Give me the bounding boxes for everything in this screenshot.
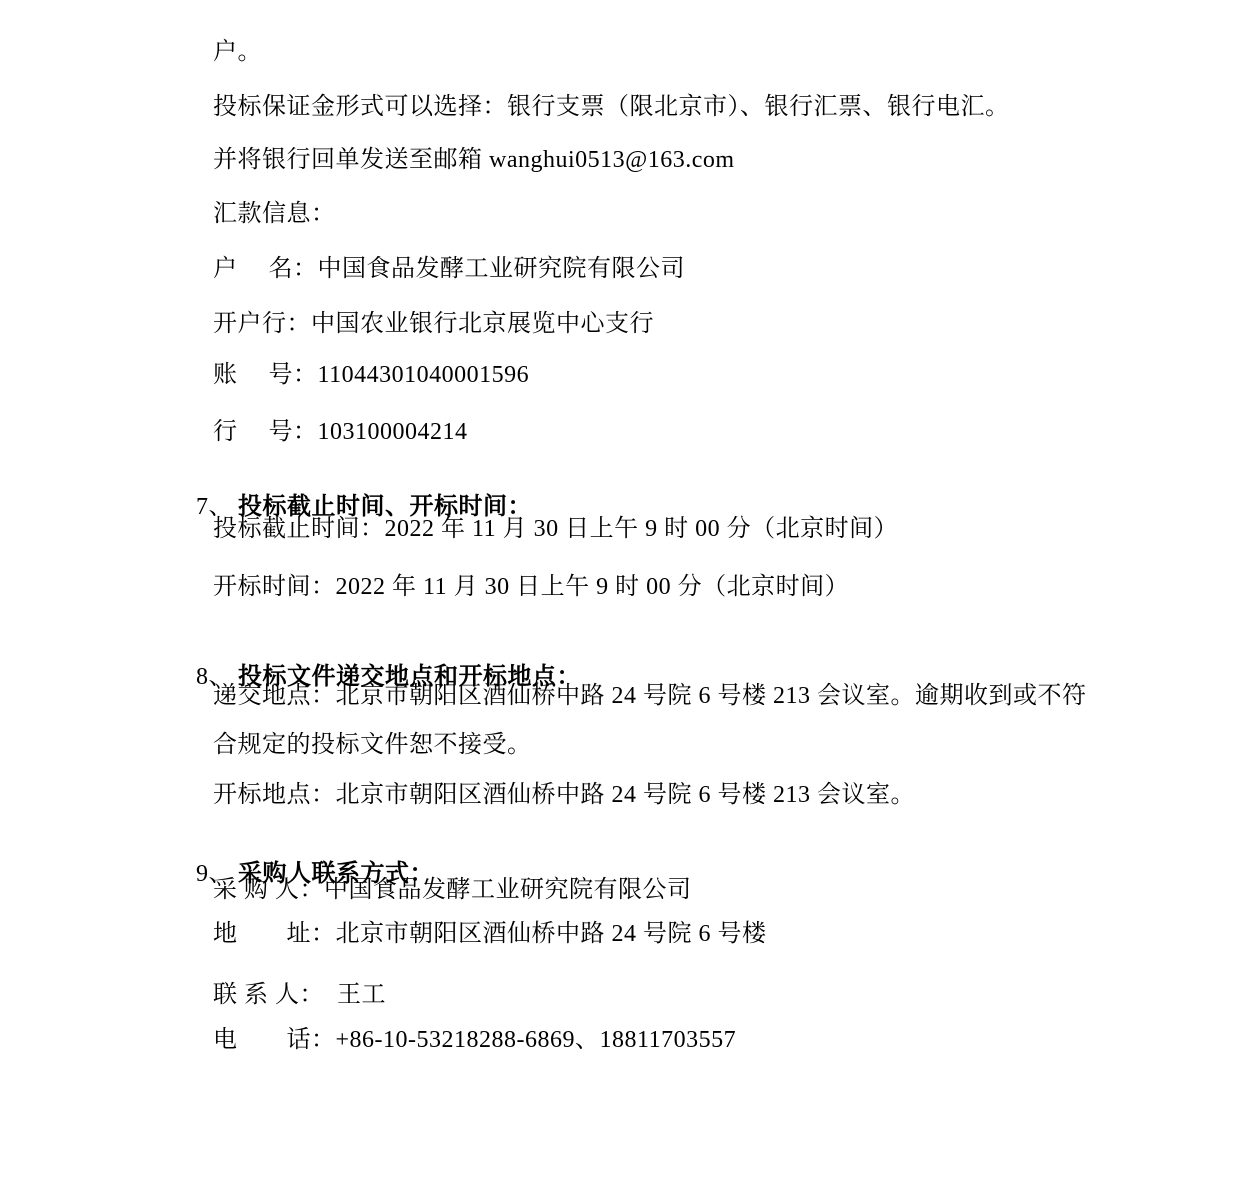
section-9-heading: 9、采购人联系方式： — [170, 829, 434, 919]
remittance-account-number: 账 号：11044301040001596 — [213, 360, 529, 390]
submission-place-line2: 合规定的投标文件恕不接受。 — [213, 730, 532, 760]
submission-place-line1: 递交地点：北京市朝阳区酒仙桥中路 24 号院 6 号楼 213 会议室。逾期收到… — [213, 681, 1087, 711]
para-deposit-forms: 投标保证金形式可以选择：银行支票（限北京市）、银行汇票、银行电汇。 — [213, 92, 1010, 122]
para-tail-account: 户。 — [213, 37, 262, 67]
para-email-note: 并将银行回单发送至邮箱 wanghui0513@163.com — [213, 145, 735, 175]
purchaser-name: 采 购 人：中国食品发酵工业研究院有限公司 — [213, 875, 692, 905]
contact-phone: 电 话：+86-10-53218288-6869、18811703557 — [213, 1025, 736, 1055]
purchaser-address: 地 址：北京市朝阳区酒仙桥中路 24 号院 6 号楼 — [213, 919, 767, 949]
remittance-heading: 汇款信息： — [213, 199, 336, 229]
bid-deadline: 投标截止时间：2022 年 11 月 30 日上午 9 时 00 分（北京时间） — [213, 514, 898, 544]
contact-person: 联 系 人： 王工 — [213, 980, 386, 1010]
remittance-bank: 开户行：中国农业银行北京展览中心支行 — [213, 309, 654, 339]
remittance-bank-number: 行 号：103100004214 — [213, 417, 468, 447]
document-page: 户。 投标保证金形式可以选择：银行支票（限北京市）、银行汇票、银行电汇。 并将银… — [0, 0, 1236, 1197]
bid-opening-time: 开标时间：2022 年 11 月 30 日上午 9 时 00 分（北京时间） — [213, 572, 849, 602]
opening-place: 开标地点：北京市朝阳区酒仙桥中路 24 号院 6 号楼 213 会议室。 — [213, 780, 915, 810]
remittance-account-name: 户 名：中国食品发酵工业研究院有限公司 — [213, 254, 685, 284]
